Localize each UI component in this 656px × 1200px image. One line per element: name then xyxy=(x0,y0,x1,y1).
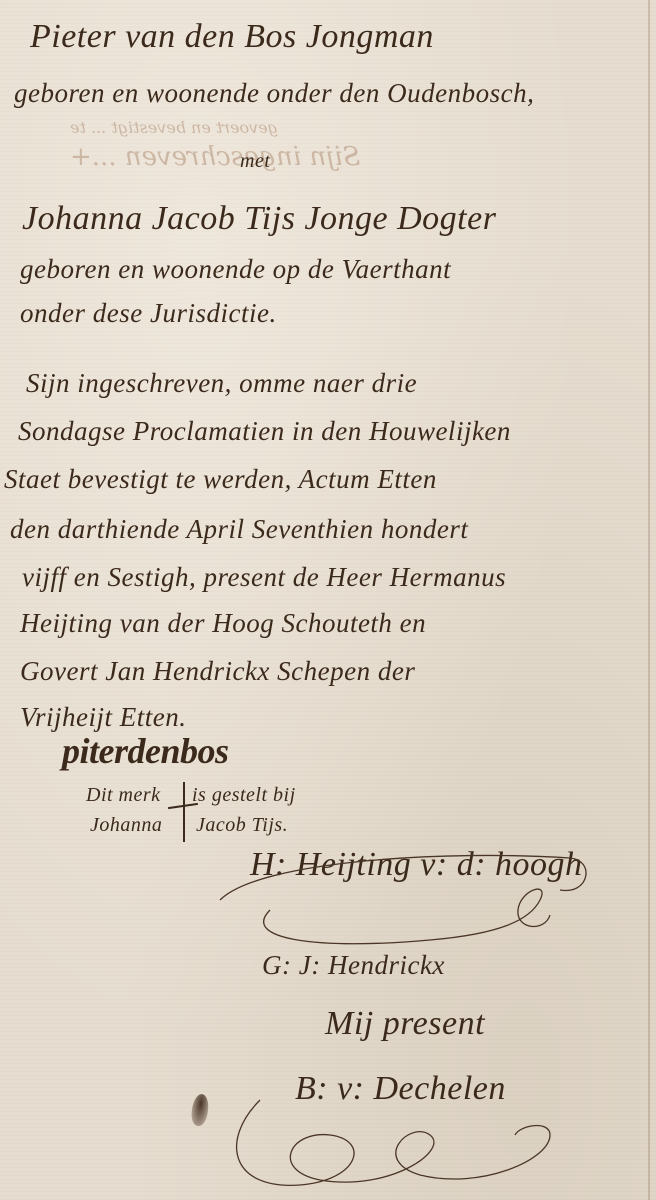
bride-name-line: Johanna Jacob Tijs Jonge Dogter xyxy=(22,200,496,238)
bleed-through-text-1: gevoert en bevestigt ... te xyxy=(70,118,278,137)
schepen-signature: G: J: Hendrickx xyxy=(262,950,445,981)
secretary-signature: B: v: Dechelen xyxy=(295,1070,506,1108)
bride-jurisdiction-line: onder dese Jurisdictie. xyxy=(20,298,277,329)
page-fold-line xyxy=(648,0,650,1200)
body-line-1: Sijn ingeschreven, omme naer drie xyxy=(26,368,417,399)
body-line-8: Vrijheijt Etten. xyxy=(20,702,186,733)
mark-text-left-1: Dit merk xyxy=(86,784,161,807)
bleed-through-text-2: Sijn ingeschreven ...+ xyxy=(70,142,360,172)
connector-met: met xyxy=(240,150,270,173)
mark-text-left-2: Johanna xyxy=(90,814,162,837)
body-line-2: Sondagse Proclamatien in den Houwelijken xyxy=(18,416,511,447)
schout-signature: H: Heijting v: d: hoogh xyxy=(250,846,583,884)
body-line-5: vijff en Sestigh, present de Heer Herman… xyxy=(22,562,506,593)
body-line-7: Govert Jan Hendrickx Schepen der xyxy=(20,656,415,687)
groom-signature: piterdenbos xyxy=(62,730,229,772)
body-line-3: Staet bevestigt te werden, Actum Etten xyxy=(4,464,437,495)
mark-text-right-2: Jacob Tijs. xyxy=(196,814,288,837)
body-line-6: Heijting van der Hoog Schouteth en xyxy=(20,608,426,639)
body-line-4: den darthiende April Seventhien hondert xyxy=(10,514,468,545)
mark-text-right-1: is gestelt bij xyxy=(192,784,296,807)
witness-label: Mij present xyxy=(325,1005,485,1043)
groom-name-line: Pieter van den Bos Jongman xyxy=(30,18,434,56)
bride-origin-line: geboren en woonende op de Vaerthant xyxy=(20,254,451,285)
cross-mark-icon xyxy=(183,782,185,842)
groom-origin-line: geboren en woonende onder den Oudenbosch… xyxy=(14,78,534,109)
